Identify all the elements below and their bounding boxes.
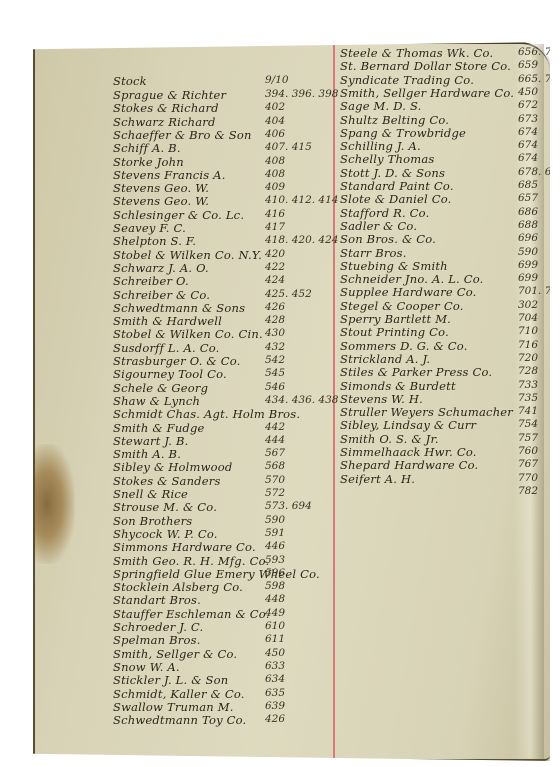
entry-name: Stuebing & Smith [340, 259, 448, 273]
entry-name: Sibley, Lindsay & Curr [340, 418, 476, 432]
entry-name: Strouse M. & Co. [113, 500, 217, 514]
entry-name: Schiff A. B. [113, 141, 181, 155]
entry-folio: 710 [518, 325, 538, 337]
entry-folio: 448 [265, 593, 285, 605]
entry-name: Syndicate Trading Co. [340, 73, 474, 87]
entry-folio: 699 [518, 259, 538, 271]
entry-name: Stafford R. Co. [340, 206, 429, 220]
entry-folio: 407. 415 [265, 141, 312, 153]
entry-name: Smith, Sellger & Co. [113, 647, 237, 661]
entry-name: Steele & Thomas Wk. Co. [340, 46, 493, 60]
entry-folio: 704 [518, 312, 538, 324]
entry-name: Son Bros. & Co. [340, 232, 436, 246]
entry-folio: 611 [265, 633, 285, 645]
entry-name: Shultz Belting Co. [340, 113, 449, 127]
entry-name: Stegel & Cooper Co. [340, 299, 464, 313]
entry-name: Starr Bros. [340, 246, 407, 260]
entry-name: Sage M. D. S. [340, 99, 422, 113]
entry-name: Standart Bros. [113, 593, 201, 607]
entry-name: Sommers D. G. & Co. [340, 339, 468, 353]
header-name: Stock [113, 74, 147, 88]
entry-name: Seavey F. C. [113, 221, 186, 235]
entry-name: Stobel & Wilken Co. N.Y. [113, 248, 262, 262]
entry-folio: 686 [518, 206, 538, 218]
entry-folio: 665. 759 [518, 73, 560, 85]
entry-name: Supplee Hardware Co. [340, 285, 477, 299]
entry-name: Schwarz Richard [113, 115, 216, 129]
entry-name: Springfield Glue Emery Wheel Co. [113, 567, 320, 581]
entry-folio: 570 [265, 474, 285, 486]
entry-folio: 735 [518, 392, 538, 404]
entry-name: Snow W. A. [113, 660, 180, 674]
entry-name: Stott J. D. & Sons [340, 166, 445, 180]
entry-folio: 430 [265, 327, 285, 339]
entry-name: Schwarz J. A. O. [113, 261, 209, 275]
entry-folio: 657 [518, 192, 538, 204]
ledger-entry: Schwedtmann Toy Co.426 [113, 713, 333, 729]
entry-name: Stokes & Richard [113, 101, 219, 115]
entry-name: Smith & Hardwell [113, 314, 222, 328]
entry-name: Shepard Hardware Co. [340, 458, 478, 472]
water-stain [35, 444, 75, 564]
entry-folio: 408 [265, 168, 285, 180]
entry-folio: 696 [518, 232, 538, 244]
entry-name: Sprague & Richter [113, 88, 226, 102]
entry-name: Simonds & Burdett [340, 379, 456, 393]
entry-folio: 432 [265, 341, 285, 353]
entry-name: Smith, Sellger Hardware Co. [340, 86, 514, 100]
entry-name: Smith A. B. [113, 447, 181, 461]
entry-folio: 770 [518, 472, 538, 484]
entry-folio: 598 [265, 580, 285, 592]
entry-name: Schele & Georg [113, 381, 208, 395]
entry-folio: 674 [518, 152, 538, 164]
ledger-entry: 782 [340, 485, 545, 501]
entry-name: Shaw & Lynch [113, 394, 200, 408]
entry-folio: 409 [265, 181, 285, 193]
entry-folio: 593 [265, 554, 285, 566]
entry-name: Stevens W. H. [340, 392, 423, 406]
entry-name: Smith Geo. R. H. Mfg. Co. [113, 554, 269, 568]
entry-name: Schelly Thomas [340, 152, 435, 166]
entry-name: Swallow Truman M. [113, 700, 234, 714]
ledger-page: Stock 9/10 Sprague & Richter394. 396. 39… [33, 42, 550, 761]
entry-name: Simmelhaack Hwr. Co. [340, 445, 477, 459]
entry-folio: 404 [265, 115, 285, 127]
entry-folio: 596 [265, 567, 285, 579]
entry-folio: 634 [265, 673, 285, 685]
entry-folio: 720 [518, 352, 538, 364]
entry-name: Simmons Hardware Co. [113, 540, 256, 554]
entry-name: Schreiber O. [113, 274, 189, 288]
entry-name: Stiles & Parker Press Co. [340, 365, 492, 379]
entry-name: Strickland A. J. [340, 352, 430, 366]
entry-folio: 573. 694 [265, 500, 312, 512]
entry-folio: 417 [265, 221, 285, 233]
entry-folio: 402 [265, 101, 285, 113]
entry-folio: 635 [265, 687, 285, 699]
entry-name: Stevens Francis A. [113, 168, 226, 182]
entry-folio: 673 [518, 113, 538, 125]
entry-folio: 672 [518, 99, 538, 111]
entry-folio: 434. 436. 438 [265, 394, 338, 406]
entry-name: Schmidt, Kaller & Co. [113, 687, 245, 701]
entry-name: Strasburger O. & Co. [113, 354, 240, 368]
entry-folio: 685 [518, 179, 538, 191]
entry-folio: 674 [518, 126, 538, 138]
entry-name: Smith & Fudge [113, 421, 205, 435]
entry-name: Schwedtmann & Sons [113, 301, 245, 315]
entry-name: Snell & Rice [113, 487, 188, 501]
entry-folio: 444 [265, 434, 285, 446]
entry-name: Smith O. S. & Jr. [340, 432, 439, 446]
entry-folio: 757 [518, 432, 538, 444]
entry-name: Shelpton S. F. [113, 234, 196, 248]
entry-name: Sadler & Co. [340, 219, 417, 233]
entry-folio: 422 [265, 261, 285, 273]
entry-folio: 546 [265, 381, 285, 393]
entry-name: Storke John [113, 155, 184, 169]
entry-name: Schreiber & Co. [113, 288, 210, 302]
entry-name: Struller Weyers Schumacher [340, 405, 513, 419]
entry-folio: 701. 771 [518, 285, 560, 297]
entry-folio: 639 [265, 700, 285, 712]
entry-folio: 760 [518, 445, 538, 457]
entry-name: Schlesinger & Co. Lc. [113, 208, 244, 222]
entry-name: Shycock W. P. Co. [113, 527, 218, 541]
entry-name: Schmidt Chas. Agt. Holm Bros. [113, 407, 300, 421]
entry-name: Stauffer Eschleman & Co. [113, 607, 270, 621]
entry-name: Stevens Geo. W. [113, 181, 209, 195]
entry-folio: 699 [518, 272, 538, 284]
entry-name: Susdorff L. A. Co. [113, 341, 219, 355]
entry-folio: 767 [518, 458, 538, 470]
entry-folio: 754 [518, 418, 538, 430]
entry-folio: 590 [265, 514, 285, 526]
entry-folio: 659 [518, 59, 538, 71]
entry-name: Sperry Bartlett M. [340, 312, 451, 326]
entry-name: Schwedtmann Toy Co. [113, 713, 246, 727]
entry-folio: 442 [265, 421, 285, 433]
entry-folio: 678. 691 [518, 166, 560, 178]
entry-name: Stocklein Alsberg Co. [113, 580, 243, 594]
entry-name: Seifert A. H. [340, 472, 415, 486]
entry-folio: 450 [265, 647, 285, 659]
entry-folio: 446 [265, 540, 285, 552]
entry-folio: 572 [265, 487, 285, 499]
entry-folio: 656. 720 [518, 46, 560, 58]
entry-name: Slote & Daniel Co. [340, 192, 452, 206]
entry-folio: 633 [265, 660, 285, 672]
entry-name: Stickler J. L. & Son [113, 673, 228, 687]
header-folio: 9/10 [265, 74, 289, 86]
entry-folio: 418. 420. 424 [265, 234, 338, 246]
entry-folio: 424 [265, 274, 285, 286]
entry-folio: 728 [518, 365, 538, 377]
entry-folio: 741 [518, 405, 538, 417]
entry-folio: 733 [518, 379, 538, 391]
entry-folio: 567 [265, 447, 285, 459]
entry-folio: 420 [265, 248, 285, 260]
entry-folio: 590 [518, 246, 538, 258]
entry-name: Son Brothers [113, 514, 192, 528]
entry-folio: 410. 412. 414 [265, 194, 338, 206]
entry-name: St. Bernard Dollar Store Co. [340, 59, 511, 73]
entry-folio: 428 [265, 314, 285, 326]
entry-name: Schilling J. A. [340, 139, 421, 153]
entry-folio: 610 [265, 620, 285, 632]
entry-name: Schneider Jno. A. L. Co. [340, 272, 484, 286]
entry-name: Spelman Bros. [113, 633, 201, 647]
entry-folio: 426 [265, 301, 285, 313]
entry-name: Stevens Geo. W. [113, 194, 209, 208]
entry-folio: 302 [518, 299, 538, 311]
entry-folio: 591 [265, 527, 285, 539]
entry-folio: 782 [518, 485, 538, 497]
entry-name: Schroeder J. C. [113, 620, 203, 634]
entry-folio: 408 [265, 155, 285, 167]
entry-name: Stout Printing Co. [340, 325, 449, 339]
entry-name: Schaeffer & Bro & Son [113, 128, 252, 142]
entry-name: Spang & Trowbridge [340, 126, 466, 140]
entry-folio: 688 [518, 219, 538, 231]
entry-folio: 449 [265, 607, 285, 619]
entry-folio: 394. 396. 398 [265, 88, 338, 100]
entry-folio: 406 [265, 128, 285, 140]
entry-name: Sigourney Tool Co. [113, 367, 227, 381]
entry-name: Stewart J. B. [113, 434, 189, 448]
entry-folio: 545 [265, 367, 285, 379]
entry-folio: 542 [265, 354, 285, 366]
entry-folio: 426 [265, 713, 285, 725]
entry-name: Stokes & Sanders [113, 474, 221, 488]
entry-folio: 425. 452 [265, 288, 312, 300]
entry-folio: 568 [265, 460, 285, 472]
entry-folio: 716 [518, 339, 538, 351]
entry-name: Stobel & Wilken Co. Cin. [113, 327, 263, 341]
entry-folio: 674 [518, 139, 538, 151]
entry-folio: 416 [265, 208, 285, 220]
entry-name: Standard Paint Co. [340, 179, 454, 193]
entry-name: Sibley & Holmwood [113, 460, 232, 474]
entry-folio: 450 [518, 86, 538, 98]
